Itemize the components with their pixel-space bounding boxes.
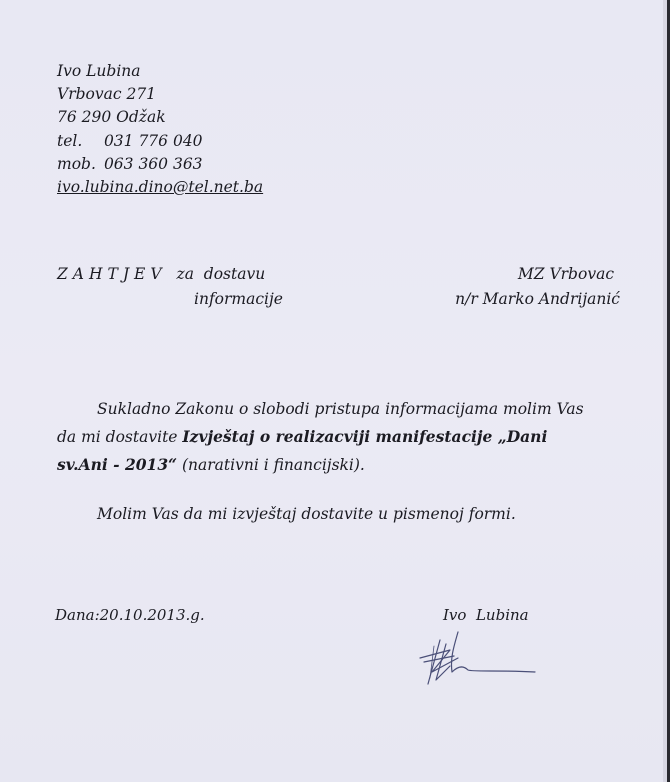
subject-line2: informacije bbox=[57, 287, 283, 312]
body-line1: Sukladno Zakonu o slobodi pristupa infor… bbox=[57, 396, 627, 423]
sender-email: ivo.lubina.dino@tel.net.ba bbox=[57, 176, 263, 199]
scan-edge bbox=[663, 0, 667, 782]
sender-address: Vrbovac 271 bbox=[57, 83, 263, 106]
sender-block: Ivo Lubina Vrbovac 271 76 290 Odžak tel.… bbox=[57, 60, 263, 199]
sender-mob-row: mob. 063 360 363 bbox=[57, 153, 263, 176]
recipient-block: MZ Vrbovac n/r Marko Andrijanić bbox=[443, 262, 620, 312]
mob-label: mob. bbox=[57, 153, 99, 176]
body-line3-rest: (narativni i financijski). bbox=[177, 456, 365, 474]
body-paragraph: Sukladno Zakonu o slobodi pristupa infor… bbox=[57, 396, 627, 479]
scanned-letter: Ivo Lubina Vrbovac 271 76 290 Odžak tel.… bbox=[0, 0, 670, 782]
body-line3: sv.Ani - 2013“ (narativni i financijski)… bbox=[57, 451, 627, 479]
sender-name: Ivo Lubina bbox=[57, 60, 263, 83]
sender-tel-row: tel. 031 776 040 bbox=[57, 130, 263, 153]
tel-label: tel. bbox=[57, 130, 99, 153]
signature-icon bbox=[410, 628, 540, 688]
date-line: Dana:20.10.2013.g. bbox=[55, 606, 205, 624]
mob-number: 063 360 363 bbox=[104, 155, 203, 173]
sender-city: 76 290 Odžak bbox=[57, 106, 263, 129]
report-title-part2: sv.Ani - 2013“ bbox=[57, 455, 177, 474]
recipient-line2: n/r Marko Andrijanić bbox=[443, 287, 620, 312]
subject-keyword: ZAHTJEV bbox=[57, 265, 167, 283]
tel-number: 031 776 040 bbox=[104, 132, 203, 150]
body-line2-prefix: da mi dostavite bbox=[57, 428, 182, 446]
recipient-line1: MZ Vrbovac bbox=[443, 262, 620, 287]
signer-name: Ivo Lubina bbox=[443, 606, 529, 624]
body-line2: da mi dostavite Izvještaj o realizacviji… bbox=[57, 423, 627, 451]
subject-line1: za dostavu bbox=[177, 265, 266, 283]
subject-block: ZAHTJEVza dostavu informacije bbox=[57, 262, 283, 312]
request-sentence: Molim Vas da mi izvještaj dostavite u pi… bbox=[97, 505, 516, 523]
report-title-part1: Izvještaj o realizacviji manifestacije „… bbox=[182, 427, 547, 446]
